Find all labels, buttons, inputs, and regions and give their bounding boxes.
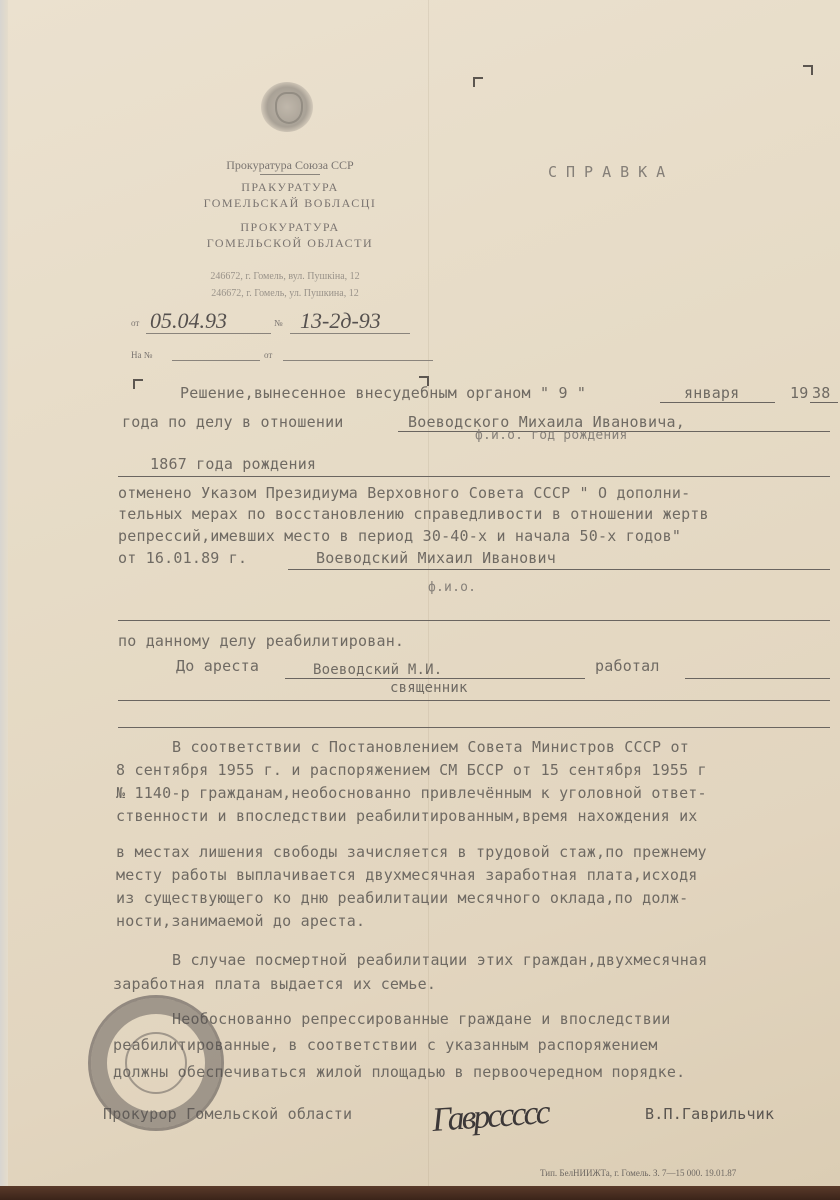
blank-line (118, 620, 830, 621)
print-footer: Тип. БелНИИЖТа, г. Гомель. З. 7—15 000. … (540, 1168, 736, 1178)
decree-line-2: тельных мерах по восстановлению справедл… (118, 505, 709, 523)
outgoing-number: 13-2д-93 (300, 308, 381, 334)
address-corner-mark (803, 65, 813, 75)
decree-date: от 16.01.89 г. (118, 549, 247, 567)
address-corner-mark (473, 77, 483, 87)
month-underline (660, 402, 775, 403)
blank-line (118, 727, 830, 728)
para1-line-8: ности,занимаемой до ареста. (116, 912, 365, 930)
reference-from-label: от (264, 350, 272, 360)
handwritten-signature: Гаврccccc (431, 1094, 549, 1140)
para1-line-5: в местах лишения свободы зачисляется в т… (116, 843, 707, 861)
worked-underline (685, 678, 830, 679)
letterhead-union-prosecutor: Прокуратура Союза ССР (170, 158, 410, 173)
letterhead-divider (260, 174, 320, 175)
decision-month: января (684, 384, 739, 402)
case-regarding-label: года по делу в отношении (122, 413, 344, 431)
birth-year: 1867 года рождения (150, 455, 316, 473)
letterhead-belarusian-line2: ГОМЕЛЬСКАЙ ВОБЛАСЦІ (170, 196, 410, 211)
occupation: священник (390, 680, 468, 696)
birth-year-underline (118, 476, 830, 477)
decree-line-3: репрессий,имевших место в период 30-40-х… (118, 527, 681, 545)
reference-number-line (172, 360, 260, 361)
decision-line: Решение,вынесенное внесудебным органом "… (180, 384, 586, 402)
occupation-underline (118, 700, 830, 701)
para3-line-1: Необоснованно репрессированные граждане … (172, 1010, 670, 1028)
reference-number-label: На № (131, 350, 152, 360)
reference-date-line (283, 360, 433, 361)
before-arrest-underline (285, 678, 585, 679)
caption-fio: ф.и.о. (428, 580, 476, 595)
para1-line-2: 8 сентября 1955 г. и распоряжением СМ БС… (116, 761, 707, 779)
signatory-name: В.П.Гаврильчик (645, 1105, 774, 1123)
before-arrest-label: До ареста (176, 657, 259, 675)
seal-inner-ring (125, 1032, 187, 1094)
letterhead-belarusian-line1: ПРАКУРАТУРА (170, 180, 410, 195)
para1-line-4: ственности и впоследствии реабилитирован… (116, 807, 698, 825)
number-label: № (274, 318, 283, 328)
text-corner-mark (133, 379, 143, 389)
official-seal-stamp (88, 995, 224, 1131)
para2-line-1: В случае посмертной реабилитации этих гр… (172, 951, 707, 969)
letterhead-russian-line2: ГОМЕЛЬСКОЙ ОБЛАСТИ (170, 236, 410, 251)
person-name-nominative-underline (288, 569, 830, 570)
document-title: СПРАВКА (548, 163, 674, 181)
decree-line-1: отменено Указом Президиума Верховного Со… (118, 484, 690, 502)
caption-fio-year: ф.и.о. год рождения (475, 428, 628, 443)
letterhead-russian-line1: ПРОКУРАТУРА (170, 220, 410, 235)
decision-year-suffix: 38 (812, 384, 830, 402)
date-from-label: от (131, 318, 139, 328)
signature-text: Гавр (431, 1098, 489, 1139)
year-underline (810, 402, 838, 403)
table-surface (0, 1186, 840, 1200)
person-name-nominative: Воеводский Михаил Иванович (316, 549, 556, 567)
decision-year-prefix: 19 (790, 384, 808, 402)
number-underline (290, 333, 410, 334)
para1-line-3: № 1140-р гражданам,необоснованно привлеч… (116, 784, 707, 802)
para2-line-2: заработная плата выдается их семье. (113, 975, 436, 993)
date-underline (146, 333, 271, 334)
para1-line-6: месту работы выплачивается двухмесячная … (116, 866, 698, 884)
para1-line-1: В соответствии с Постановлением Совета М… (172, 738, 689, 756)
paper-edge (0, 0, 8, 1186)
worked-label: работал (595, 657, 660, 675)
letterhead-address-ru: 246672, г. Гомель, ул. Пушкина, 12 (170, 288, 400, 299)
para1-line-7: из существующего ко дню реабилитации мес… (116, 889, 688, 907)
before-arrest-name: Воеводский М.И. (313, 662, 442, 678)
ussr-state-emblem-icon (261, 82, 313, 132)
date-value: 05.04.93 (150, 308, 227, 334)
document-page: Прокуратура Союза ССР ПРАКУРАТУРА ГОМЕЛЬ… (0, 0, 840, 1186)
rehabilitated-statement: по данному делу реабилитирован. (118, 632, 404, 650)
letterhead-address-by: 246672, г. Гомель, вул. Пушкіна, 12 (170, 271, 400, 282)
